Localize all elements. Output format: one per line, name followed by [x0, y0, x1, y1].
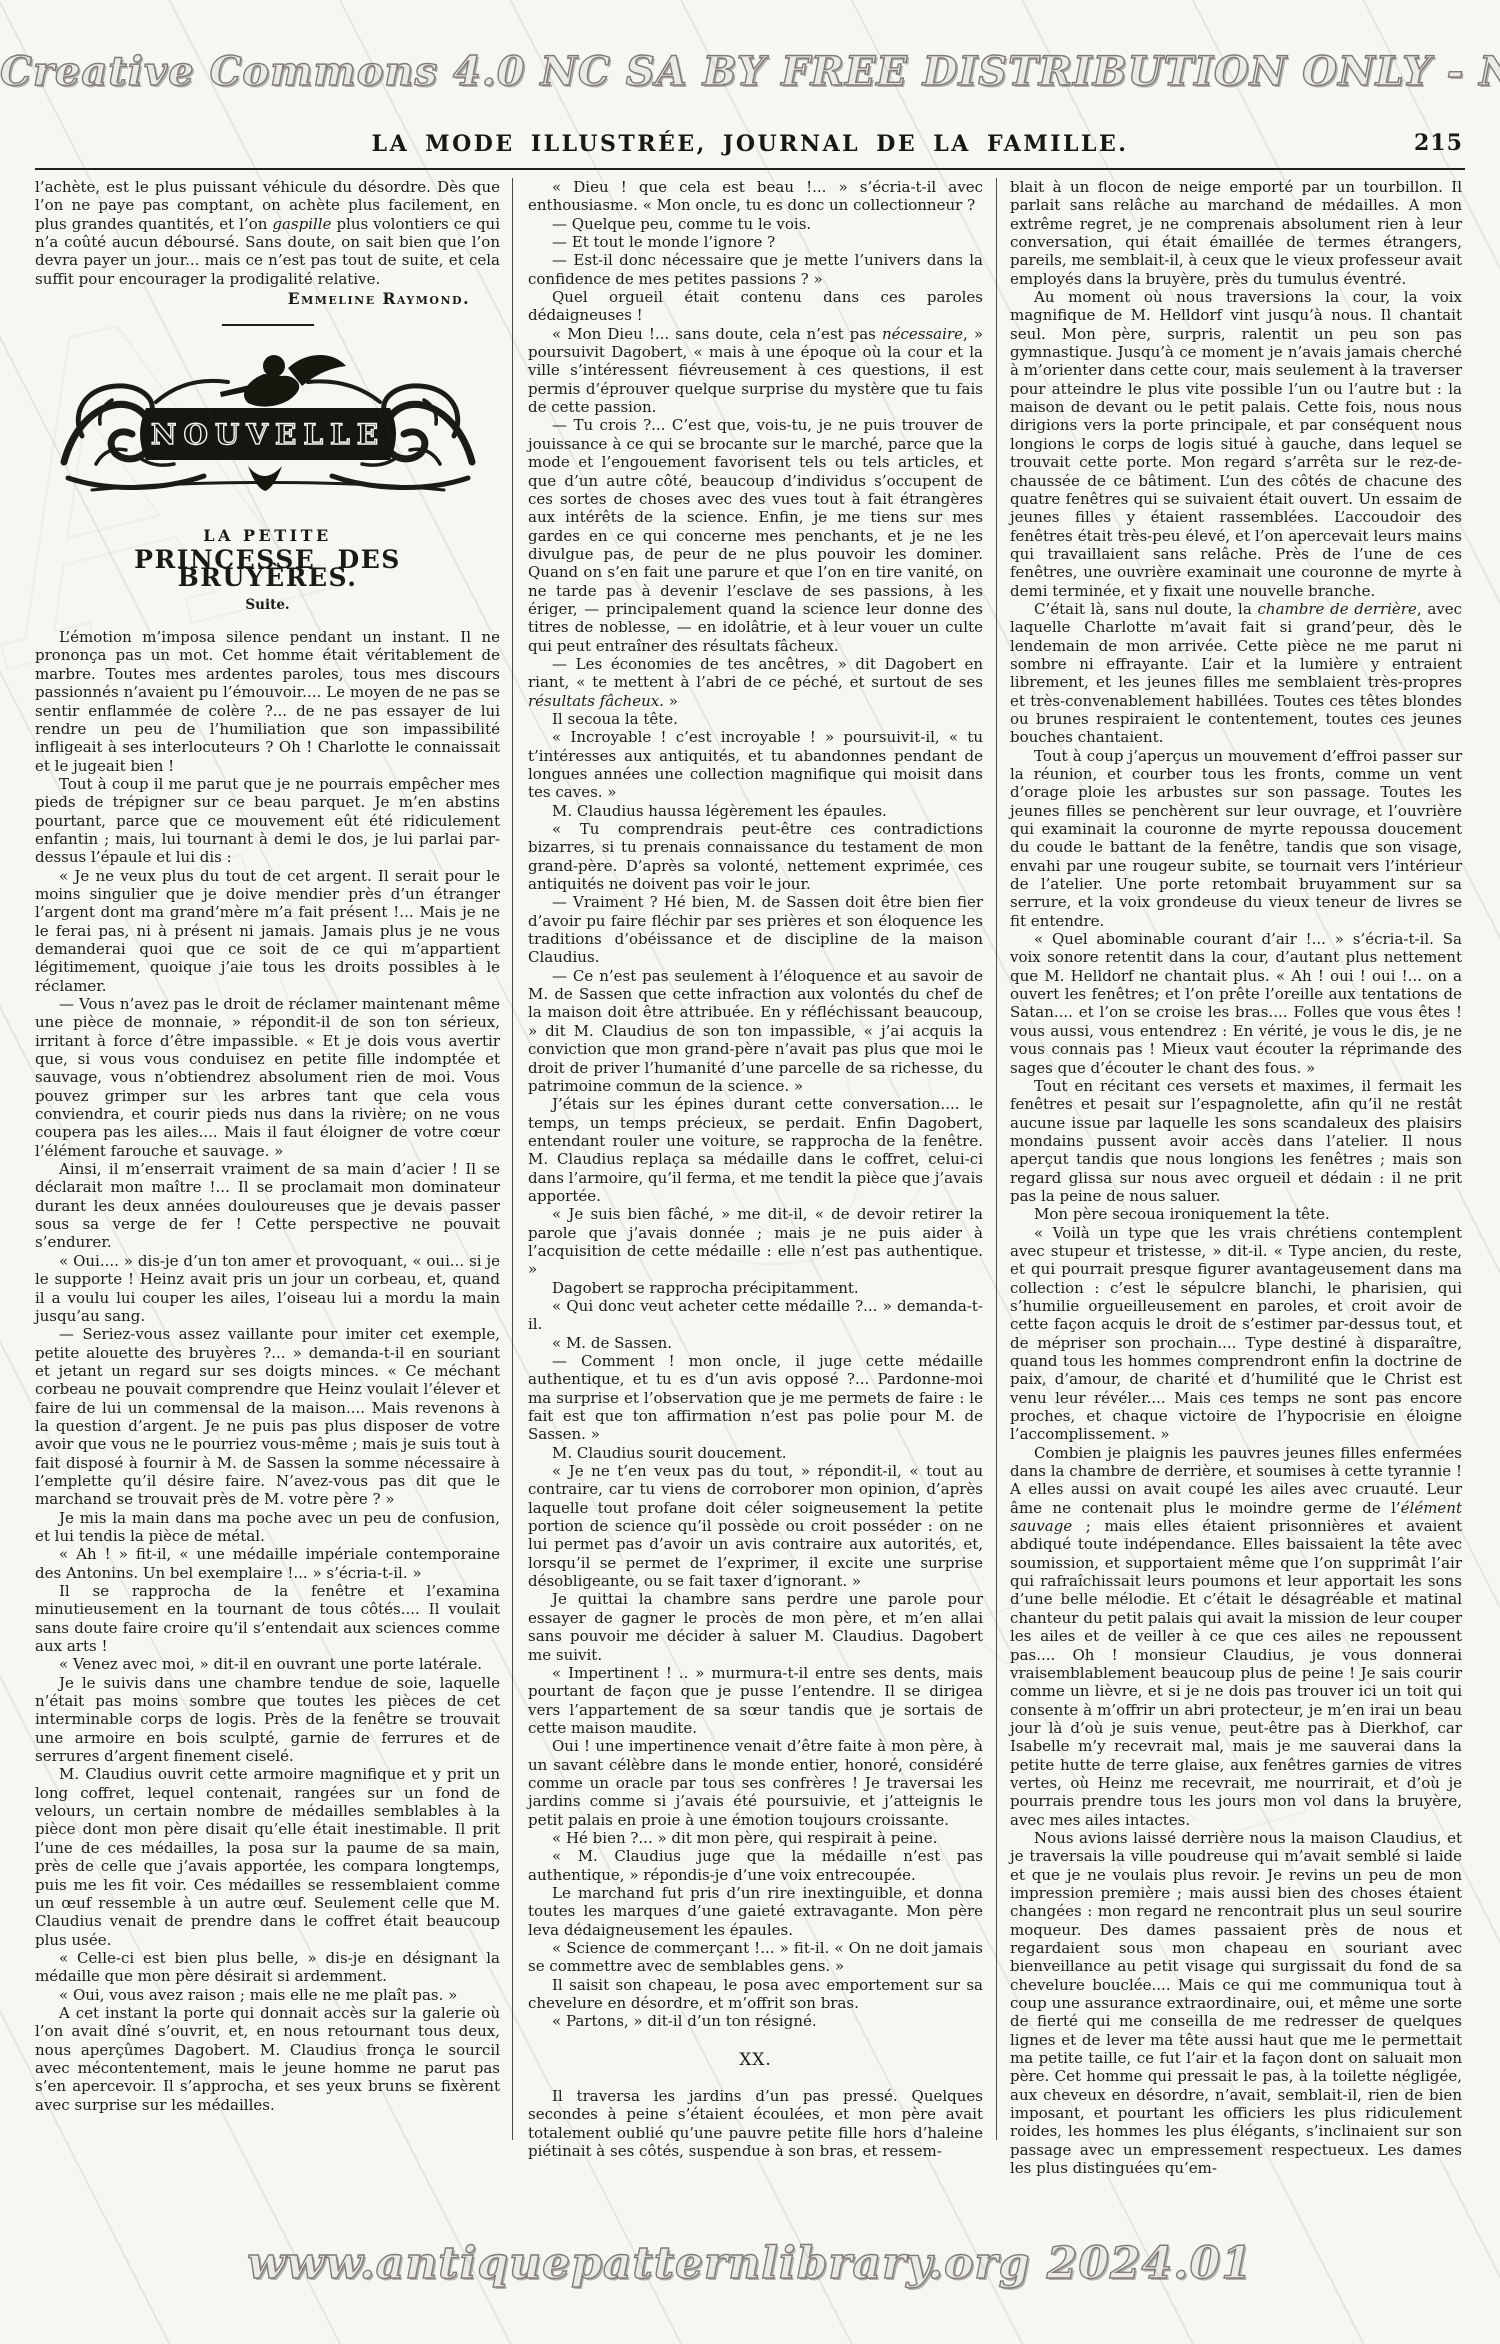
paragraph: — Est-il donc nécessaire que je mette l’…	[528, 251, 983, 288]
paragraph: — Quelque peu, comme tu le vois.	[528, 215, 983, 233]
paragraph: « Je ne veux plus du tout de cet argent.…	[35, 867, 500, 995]
paragraph: C’était là, sans nul doute, la chambre d…	[1010, 600, 1462, 747]
paragraph: Tout à coup j’aperçus un mouvement d’eff…	[1010, 747, 1462, 930]
paragraph: Mon père secoua ironiquement la tête.	[1010, 1205, 1462, 1223]
paragraph: blait à un flocon de neige emporté par u…	[1010, 178, 1462, 288]
paragraph: A cet instant la porte qui donnait accès…	[35, 2004, 500, 2114]
paragraph: « Voilà un type que les vrais chrétiens …	[1010, 1224, 1462, 1444]
story-title: PRINCESSE DES BRUYÈRES.	[35, 551, 500, 588]
text-column-2: « Dieu ! que cela est beau !... » s’écri…	[528, 178, 983, 2160]
paragraph: Tout en récitant ces versets et maximes,…	[1010, 1077, 1462, 1205]
paragraph: « Ah ! » fit-il, « une médaille impérial…	[35, 1545, 500, 1582]
chapter-heading: XX.	[528, 2051, 983, 2069]
journal-masthead-title: LA MODE ILLUSTRÉE, JOURNAL DE LA FAMILLE…	[0, 131, 1500, 157]
paragraph: — Vraiment ? Hé bien, M. de Sassen doit …	[528, 893, 983, 966]
paragraph: M. Claudius ouvrit cette armoire magnifi…	[35, 1765, 500, 1948]
paragraph: « Hé bien ?... » dit mon père, qui respi…	[528, 1829, 983, 1847]
paragraph: « Tu comprendrais peut-être ces contradi…	[528, 820, 983, 893]
text-column-1: l’achète, est le plus puissant véhicule …	[35, 178, 500, 2114]
paragraph: Au moment où nous traversions la cour, l…	[1010, 288, 1462, 600]
text-column-3: blait à un flocon de neige emporté par u…	[1010, 178, 1462, 2177]
paragraph: Il saisit son chapeau, le posa avec empo…	[528, 1976, 983, 2013]
paragraph: « Partons, » dit-il d’un ton résigné.	[528, 2012, 983, 2030]
paragraph: « Quel abominable courant d’air !... » s…	[1010, 930, 1462, 1077]
paragraph: « Dieu ! que cela est beau !... » s’écri…	[528, 178, 983, 215]
paragraph: « Incroyable ! c’est incroyable ! » pour…	[528, 728, 983, 801]
engraving-vignette-art: NOUVELLE	[52, 340, 484, 508]
paragraph: « Celle-ci est bien plus belle, » dis-je…	[35, 1949, 500, 1986]
paragraph: Oui ! une impertinence venait d’être fai…	[528, 1737, 983, 1829]
column-divider-rule	[996, 178, 997, 2140]
paragraph: « Science de commerçant !... » fit-il. «…	[528, 1939, 983, 1976]
paragraph: Je mis la main dans ma poche avec un peu…	[35, 1509, 500, 1546]
story-subtitle: Suite.	[35, 596, 500, 614]
paragraph: — Seriez-vous assez vaillante pour imite…	[35, 1325, 500, 1508]
license-watermark: Creative Commons 4.0 NC SA BY FREE DISTR…	[0, 48, 1500, 95]
paragraph: Il traversa les jardins d’un pas pressé.…	[528, 2087, 983, 2160]
scanned-journal-page: { "watermarks": { "top": "Creative Commo…	[0, 0, 1500, 2344]
paragraph: — Ce n’est pas seulement à l’éloquence e…	[528, 967, 983, 1095]
paragraph: « M. de Sassen.	[528, 1334, 983, 1352]
paragraph: — Vous n’avez pas le droit de réclamer m…	[35, 995, 500, 1160]
paragraph: M. Claudius haussa légèrement les épaule…	[528, 802, 983, 820]
archive-watermark: www.antiquepatternlibrary.org 2024.01	[0, 2238, 1500, 2289]
paragraph: Dagobert se rapprocha précipitamment.	[528, 1279, 983, 1297]
header-rule	[35, 168, 1465, 170]
paragraph: « Je ne t’en veux pas du tout, » répondi…	[528, 1462, 983, 1590]
paragraph: « Oui, vous avez raison ; mais elle ne m…	[35, 1986, 500, 2004]
series-label: LA PETITE	[35, 527, 500, 545]
paragraph: Je le suivis dans une chambre tendue de …	[35, 1674, 500, 1766]
paragraph: Il secoua la tête.	[528, 710, 983, 728]
paragraph: Il se rapprocha de la fenêtre et l’exami…	[35, 1582, 500, 1655]
paragraph: l’achète, est le plus puissant véhicule …	[35, 178, 500, 288]
paragraph: L’émotion m’imposa silence pendant un in…	[35, 628, 500, 775]
paragraph: — Comment ! mon oncle, il juge cette méd…	[528, 1352, 983, 1444]
paragraph: « Je suis bien fâché, » me dit-il, « de …	[528, 1205, 983, 1278]
paragraph: Tout à coup il me parut que je ne pourra…	[35, 775, 500, 867]
paragraph: « Qui donc veut acheter cette médaille ?…	[528, 1297, 983, 1334]
paragraph: « Impertinent ! .. » murmura-t-il entre …	[528, 1664, 983, 1737]
paragraph: « Venez avec moi, » dit-il en ouvrant un…	[35, 1655, 500, 1673]
paragraph: — Les économies de tes ancêtres, » dit D…	[528, 655, 983, 710]
paragraph: Quel orgueil était contenu dans ces paro…	[528, 288, 983, 325]
engraving-banner-text: NOUVELLE	[150, 418, 384, 451]
paragraph: « Oui.... » dis-je d’un ton amer et prov…	[35, 1252, 500, 1325]
paragraph: Le marchand fut pris d’un rire inextingu…	[528, 1884, 983, 1939]
paragraph: « M. Claudius juge que la médaille n’est…	[528, 1847, 983, 1884]
nouvelle-engraving: NOUVELLE	[35, 340, 500, 512]
paragraph: Combien je plaignis les pauvres jeunes f…	[1010, 1444, 1462, 1829]
paragraph: Nous avions laissé derrière nous la mais…	[1010, 1829, 1462, 2178]
paragraph: Je quittai la chambre sans perdre une pa…	[528, 1590, 983, 1663]
paragraph: — Tu crois ?... C’est que, vois-tu, je n…	[528, 416, 983, 654]
author-signature: Emmeline Raymond.	[35, 290, 470, 308]
paragraph: — Et tout le monde l’ignore ?	[528, 233, 983, 251]
paragraph: J’étais sur les épines durant cette conv…	[528, 1095, 983, 1205]
paragraph: « Mon Dieu !... sans doute, cela n’est p…	[528, 325, 983, 417]
page-number: 215	[1414, 130, 1463, 156]
paragraph: M. Claudius sourit doucement.	[528, 1444, 983, 1462]
paragraph: Ainsi, il m’enserrait vraiment de sa mai…	[35, 1160, 500, 1252]
column-divider-rule	[512, 178, 513, 2140]
separator-rule	[222, 324, 314, 326]
